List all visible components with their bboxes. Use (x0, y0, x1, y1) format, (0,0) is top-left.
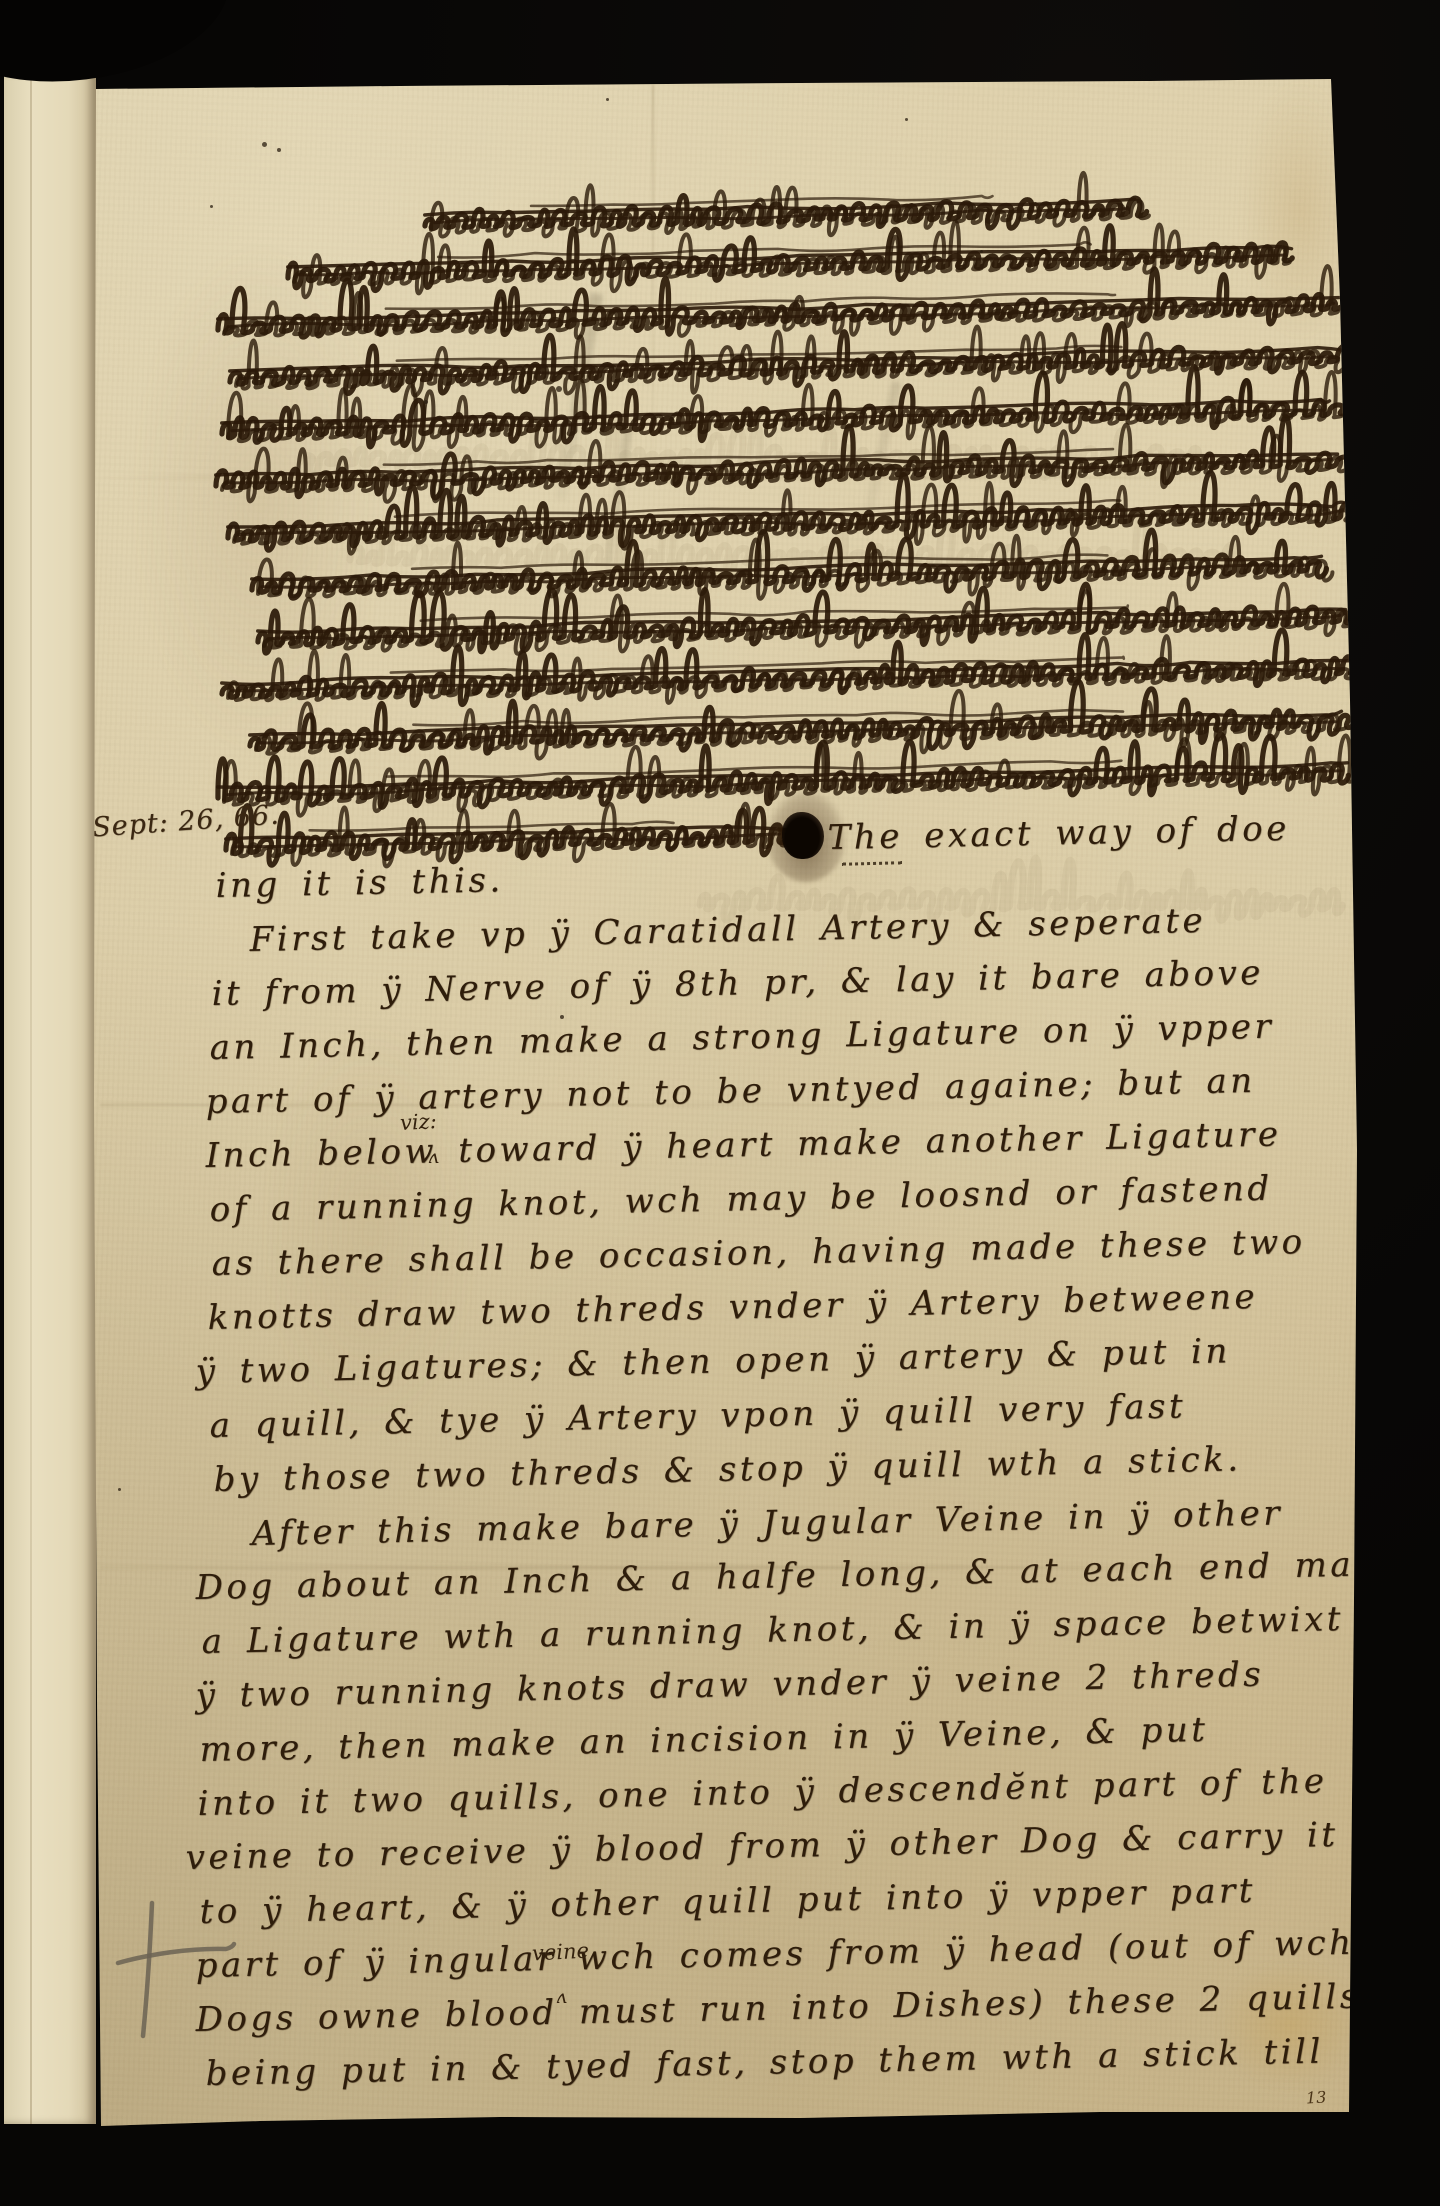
ink-speck (980, 250, 983, 253)
handwritten-line: The exact way of doe (827, 812, 1290, 855)
interlinear-note-viz: viz: (399, 1109, 437, 1135)
handwritten-line: ing it is this. (215, 863, 504, 903)
fold-crease (30, 72, 32, 2124)
ink-blot (782, 812, 824, 859)
ink-speck (210, 205, 213, 208)
ink-speck (262, 142, 267, 147)
second-sheet-edge (4, 72, 96, 2124)
photograph: Sept: 26, 66. The exact way of doeing it… (0, 0, 1440, 2206)
ink-speck (118, 1488, 121, 1491)
ink-stroke (143, 1903, 152, 2036)
ink-speck (424, 400, 428, 404)
ink-speck (556, 386, 562, 392)
interlinear-caret: ʌ (428, 1146, 439, 1168)
page-content: Sept: 26, 66. The exact way of doeing it… (0, 0, 1440, 2206)
interlinear-caret: ʌ (556, 1986, 567, 2008)
ink-speck (905, 118, 908, 121)
ink-speck (606, 98, 609, 101)
struck-line (424, 172, 1149, 244)
ink-speck (277, 148, 281, 152)
interlinear-note-veine: veine (531, 1939, 589, 1966)
page-number: 13 (1306, 2087, 1327, 2107)
ink-speck (560, 1015, 564, 1019)
